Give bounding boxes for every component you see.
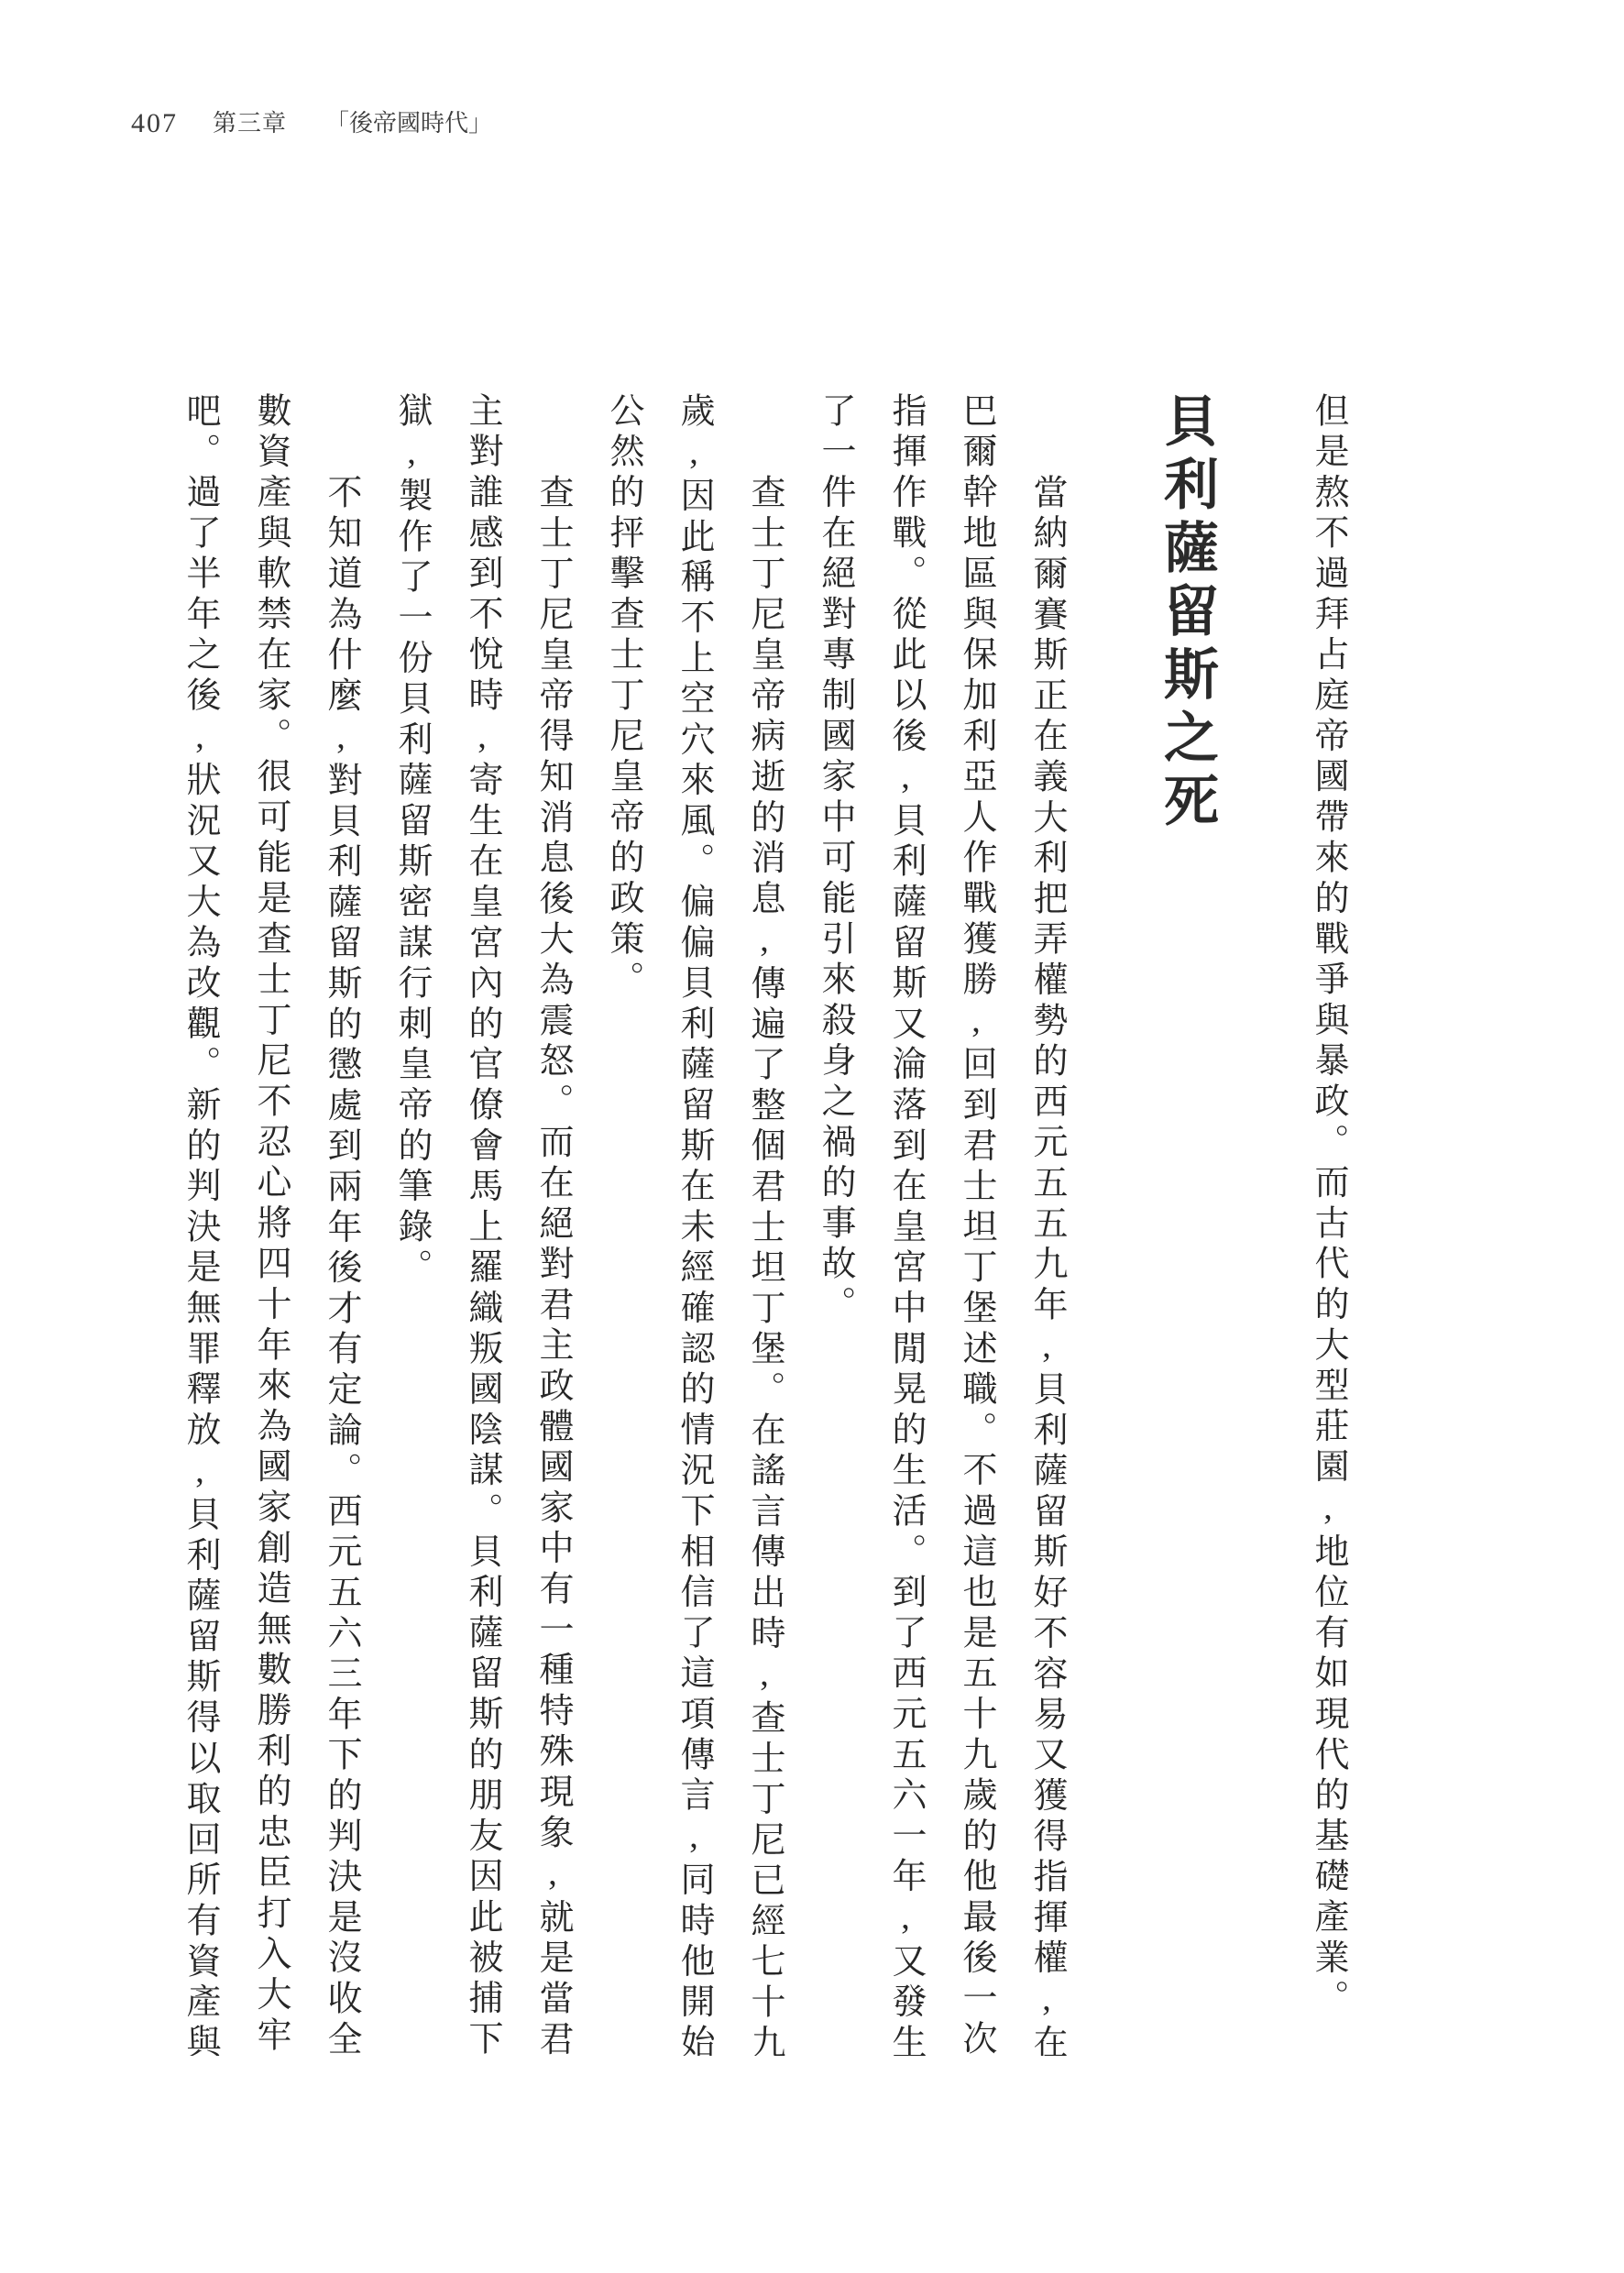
chapter-label: 第三章	[213, 110, 287, 137]
text-column: 主對誰感到不悅時,寄生在皇宮內的官僚會馬上羅織叛國陰謀。貝利薩留斯的朋友因此被捕…	[446, 392, 517, 2056]
text-column: 了一件在絕對專制國家中可能引來殺身之禍的事故。	[799, 392, 870, 2056]
paragraph-first-column: 查士丁尼皇帝病逝的消息,傳遍了整個君士坦丁堡。在謠言傳出時,查士丁尼已經七十九	[729, 392, 799, 2056]
text-column: 歲,因此稱不上空穴來風。偏偏貝利薩留斯在未經確認的情況下相信了這項傳言,同時他開…	[658, 392, 729, 2056]
carryover-column: 但是熬不過拜占庭帝國帶來的戰爭與暴政。而古代的大型莊園,地位有如現代的基礎產業。	[1292, 392, 1363, 2056]
text-column: 獄,製作了一份貝利薩留斯密謀行刺皇帝的筆錄。	[376, 392, 446, 2056]
text-column: 巴爾幹地區與保加利亞人作戰獲勝,回到君士坦丁堡述職。不過這也是五十九歲的他最後一…	[940, 392, 1011, 2056]
page-number: 407	[131, 110, 178, 137]
book-page: { "header": { "page_number": "407", "cha…	[0, 0, 1624, 2273]
text-column: 指揮作戰。從此以後,貝利薩留斯又淪落到在皇宮中閒晃的生活。到了西元五六一年,又發…	[870, 392, 940, 2056]
paragraph-first-column: 查士丁尼皇帝得知消息後大為震怒。而在絕對君主政體國家中有一種特殊現象,就是當君	[517, 392, 587, 2056]
paragraph-first-column: 不知道為什麼,對貝利薩留斯的懲處到兩年後才有定論。西元五六三年下的判決是沒收全	[305, 392, 376, 2056]
vertical-text-block: 但是熬不過拜占庭帝國帶來的戰爭與暴政。而古代的大型莊園,地位有如現代的基礎產業。…	[164, 392, 1363, 2056]
paragraph-first-column: 當納爾賽斯正在義大利把弄權勢的西元五五九年,貝利薩留斯好不容易又獲得指揮權,在	[1011, 392, 1081, 2056]
text-column: 公然的抨擊查士丁尼皇帝的政策。	[587, 392, 658, 2056]
running-header: 407 第三章 「後帝國時代」	[131, 108, 492, 137]
text-column: 數資產與軟禁在家。很可能是查士丁尼不忍心將四十年來為國家創造無數勝利的忠臣打入大…	[235, 392, 305, 2056]
chapter-title: 「後帝國時代」	[325, 110, 492, 137]
text-column: 吧。過了半年之後,狀況又大為改觀。新的判決是無罪釋放,貝利薩留斯得以取回所有資產…	[164, 392, 235, 2056]
section-title: 貝利薩留斯之死	[1116, 392, 1257, 2056]
